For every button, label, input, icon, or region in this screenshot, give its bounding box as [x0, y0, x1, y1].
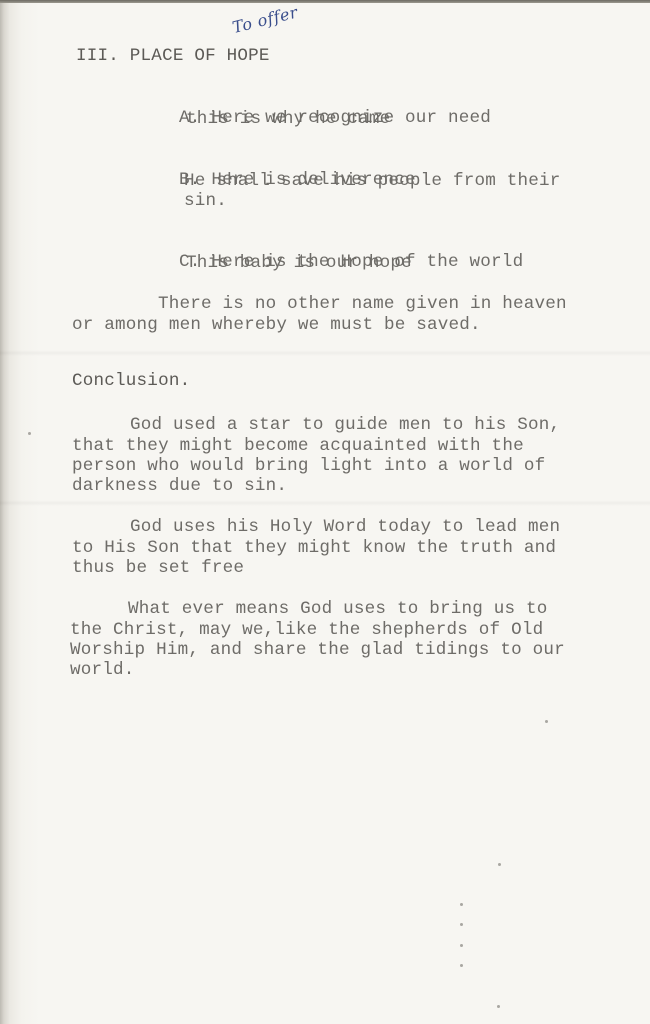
conclusion-line: God used a star to guide men to his Son, — [130, 415, 560, 435]
point-c-detail: This baby is our hope — [186, 253, 412, 273]
point-a-detail: this is why he came — [186, 109, 390, 129]
point-b-detail: He shall save his people from their — [184, 171, 561, 191]
conclusion-line: person who would bring light into a worl… — [72, 456, 545, 476]
paper-speck — [28, 432, 31, 435]
conclusion-line: world. — [70, 660, 135, 680]
point-b-detail: sin. — [184, 191, 227, 211]
conclusion-heading: Conclusion. — [72, 371, 190, 391]
section-heading: III. PLACE OF HOPE — [76, 46, 270, 66]
paper-speck — [497, 1005, 500, 1008]
conclusion-line: darkness due to sin. — [72, 476, 287, 496]
conclusion-line: to His Son that they might know the trut… — [72, 538, 556, 558]
paper-speck — [460, 903, 463, 906]
conclusion-line: What ever means God uses to bring us to — [128, 599, 548, 619]
paper-speck — [498, 863, 501, 866]
closing-paragraph-line: or among men whereby we must be saved. — [72, 315, 481, 335]
paper-fold — [0, 500, 650, 506]
paper-speck — [545, 720, 548, 723]
page-top-edge — [0, 0, 650, 3]
conclusion-line: thus be set free — [72, 558, 244, 578]
paper-speck — [460, 964, 463, 967]
paper-speck — [460, 923, 463, 926]
conclusion-line: God uses his Holy Word today to lead men — [130, 517, 560, 537]
paper-speck — [460, 944, 463, 947]
conclusion-line: Worship Him, and share the glad tidings … — [70, 640, 565, 660]
handwritten-annotation: To offer — [230, 2, 299, 37]
closing-paragraph-line: There is no other name given in heaven — [158, 294, 567, 314]
typewritten-page: III. PLACE OF HOPE To offer A. Here we r… — [0, 0, 650, 1024]
conclusion-line: that they might become acquainted with t… — [72, 436, 524, 456]
paper-fold — [0, 350, 650, 356]
conclusion-line: the Christ, may we,like the shepherds of… — [70, 620, 543, 640]
